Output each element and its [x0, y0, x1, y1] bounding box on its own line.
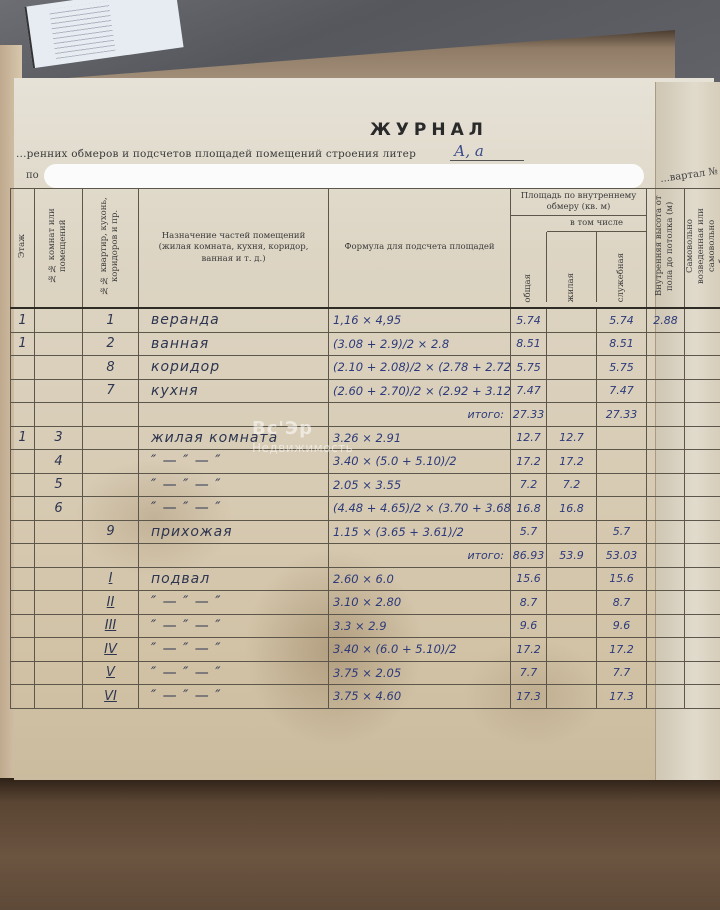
header-purpose: Назначение частей помещений (жилая комна… — [139, 189, 329, 309]
apt-cell — [83, 473, 139, 497]
apt-cell: III — [83, 614, 139, 638]
table-row: II″ — ″ — ″3.10 × 2.808.78.7 — [11, 591, 720, 615]
address-prefix: по — [26, 170, 39, 181]
table-row: 6″ — ″ — ″(4.48 + 4.65)/2 × (3.70 + 3.68… — [11, 497, 720, 521]
floor-cell — [11, 567, 35, 591]
area-living-cell: 7.2 — [547, 473, 597, 497]
height-cell — [647, 638, 685, 662]
height-cell — [647, 450, 685, 474]
area-living-cell — [547, 308, 597, 332]
area-living-cell — [547, 661, 597, 685]
height-cell — [647, 426, 685, 450]
area-service-cell: 8.7 — [597, 591, 647, 615]
floor-cell: 1 — [11, 308, 35, 332]
table-row: IV″ — ″ — ″3.40 × (6.0 + 5.10)/217.217.2 — [11, 638, 720, 662]
height-cell — [647, 591, 685, 615]
unauthorized-cell — [685, 685, 720, 709]
height-cell — [647, 332, 685, 356]
room-cell — [35, 661, 83, 685]
unauthorized-cell — [685, 473, 720, 497]
unauthorized-cell — [685, 544, 720, 568]
area-living-cell — [547, 567, 597, 591]
area-service-cell: 5.75 — [597, 356, 647, 380]
floor-cell — [11, 614, 35, 638]
height-cell — [647, 614, 685, 638]
height-cell — [647, 497, 685, 521]
height-cell — [647, 473, 685, 497]
room-cell — [35, 614, 83, 638]
area-service-cell: 7.7 — [597, 661, 647, 685]
floor-cell — [11, 661, 35, 685]
table-row: VI″ — ″ — ″3.75 × 4.6017.317.3 — [11, 685, 720, 709]
area-living-cell — [547, 332, 597, 356]
apt-cell: 8 — [83, 356, 139, 380]
table-row: итого:86.9353.953.03 — [11, 544, 720, 568]
area-total-cell: 86.93 — [511, 544, 547, 568]
area-living-cell — [547, 356, 597, 380]
unauthorized-cell — [685, 497, 720, 521]
floor-cell — [11, 379, 35, 403]
purpose-cell: кухня — [139, 379, 329, 403]
apt-cell: IV — [83, 638, 139, 662]
header-row: Этаж №№ комнат или помещений №№ квартир,… — [11, 189, 720, 309]
journal-table: Этаж №№ комнат или помещений №№ квартир,… — [10, 188, 720, 709]
unauthorized-cell — [685, 426, 720, 450]
area-total-cell: 7.7 — [511, 661, 547, 685]
table-row: 7кухня(2.60 + 2.70)/2 × (2.92 + 3.12)/27… — [11, 379, 720, 403]
floor-cell — [11, 403, 35, 427]
journal-table-wrap: Этаж №№ комнат или помещений №№ квартир,… — [10, 188, 720, 718]
formula-cell: 1,16 × 4,95 — [329, 308, 511, 332]
floor-cell — [11, 544, 35, 568]
area-service-cell: 5.74 — [597, 308, 647, 332]
document-title: ЖУРНАЛ — [370, 120, 488, 140]
area-service-cell: 7.47 — [597, 379, 647, 403]
height-cell — [647, 356, 685, 380]
book-cover-bottom — [0, 778, 720, 910]
area-service-cell — [597, 450, 647, 474]
watermark-text: Недвижимость — [252, 441, 353, 455]
area-total-cell: 5.74 — [511, 308, 547, 332]
area-service-cell: 17.3 — [597, 685, 647, 709]
area-total-cell: 17.2 — [511, 638, 547, 662]
height-cell — [647, 567, 685, 591]
area-total-cell: 16.8 — [511, 497, 547, 521]
formula-cell: 3.10 × 2.80 — [329, 591, 511, 615]
area-living-cell — [547, 685, 597, 709]
header-unauthorized: Самовольно возведенная или самовольно пе… — [685, 189, 720, 309]
table-row: 4″ — ″ — ″3.40 × (5.0 + 5.10)/217.217.2 — [11, 450, 720, 474]
purpose-cell: коридор — [139, 356, 329, 380]
unauthorized-cell — [685, 638, 720, 662]
purpose-cell: веранда — [139, 308, 329, 332]
area-living-cell — [547, 614, 597, 638]
floor-cell: 1 — [11, 332, 35, 356]
formula-cell: 1.15 × (3.65 + 3.61)/2 — [329, 520, 511, 544]
table-row: 13жилая комната3.26 × 2.9112.712.7 — [11, 426, 720, 450]
unauthorized-cell — [685, 450, 720, 474]
formula-cell: итого: — [329, 403, 511, 427]
room-cell — [35, 379, 83, 403]
formula-cell: 3.75 × 2.05 — [329, 661, 511, 685]
area-living-cell — [547, 403, 597, 427]
purpose-cell: ″ — ″ — ″ — [139, 661, 329, 685]
floor-cell — [11, 685, 35, 709]
purpose-cell: ванная — [139, 332, 329, 356]
room-cell — [35, 567, 83, 591]
area-total-cell: 9.6 — [511, 614, 547, 638]
room-cell — [35, 520, 83, 544]
area-total-cell: 12.7 — [511, 426, 547, 450]
table-row: 8коридор(2.10 + 2.08)/2 × (2.78 + 2.72)/… — [11, 356, 720, 380]
area-total-cell: 5.7 — [511, 520, 547, 544]
table-row: Iподвал2.60 × 6.015.615.6 — [11, 567, 720, 591]
formula-cell: (2.60 + 2.70)/2 × (2.92 + 3.12)/2 — [329, 379, 511, 403]
area-service-cell: 27.33 — [597, 403, 647, 427]
table-row: 5″ — ″ — ″2.05 × 3.557.27.2 — [11, 473, 720, 497]
area-living-cell — [547, 638, 597, 662]
area-service-cell — [597, 473, 647, 497]
purpose-cell: ″ — ″ — ″ — [139, 685, 329, 709]
area-living-cell — [547, 379, 597, 403]
area-service-cell — [597, 426, 647, 450]
unauthorized-cell — [685, 403, 720, 427]
room-cell — [35, 308, 83, 332]
floor-cell — [11, 356, 35, 380]
address-redaction — [44, 164, 644, 188]
height-cell — [647, 544, 685, 568]
area-living-cell: 53.9 — [547, 544, 597, 568]
header-area-service: служебная — [616, 253, 627, 302]
formula-cell: 3.40 × (6.0 + 5.10)/2 — [329, 638, 511, 662]
watermark-logo: Вс'Эр — [252, 418, 353, 439]
area-total-cell: 7.2 — [511, 473, 547, 497]
area-living-cell — [547, 591, 597, 615]
area-service-cell: 53.03 — [597, 544, 647, 568]
unauthorized-cell — [685, 379, 720, 403]
purpose-cell — [139, 544, 329, 568]
apt-cell: I — [83, 567, 139, 591]
apt-cell: 1 — [83, 308, 139, 332]
apt-cell: V — [83, 661, 139, 685]
formula-cell: 3.40 × (5.0 + 5.10)/2 — [329, 450, 511, 474]
formula-cell: 3.3 × 2.9 — [329, 614, 511, 638]
purpose-cell: прихожая — [139, 520, 329, 544]
apt-cell: II — [83, 591, 139, 615]
floor-cell — [11, 591, 35, 615]
area-service-cell: 17.2 — [597, 638, 647, 662]
table-row: 12ванная(3.08 + 2.9)/2 × 2.88.518.51 — [11, 332, 720, 356]
floor-cell — [11, 450, 35, 474]
area-living-cell: 16.8 — [547, 497, 597, 521]
formula-cell: 2.05 × 3.55 — [329, 473, 511, 497]
formula-cell: (4.48 + 4.65)/2 × (3.70 + 3.68)/2 — [329, 497, 511, 521]
apt-cell — [83, 403, 139, 427]
room-cell: 3 — [35, 426, 83, 450]
table-row: III″ — ″ — ″3.3 × 2.99.69.6 — [11, 614, 720, 638]
room-cell — [35, 332, 83, 356]
unauthorized-cell — [685, 661, 720, 685]
formula-cell: 2.60 × 6.0 — [329, 567, 511, 591]
floor-cell — [11, 497, 35, 521]
formula-cell: (2.10 + 2.08)/2 × (2.78 + 2.72)/2 — [329, 356, 511, 380]
area-total-cell: 27.33 — [511, 403, 547, 427]
formula-cell: итого: — [329, 544, 511, 568]
header-height: Внутренняя высота от пола до потолка (м) — [647, 189, 685, 309]
room-cell — [35, 638, 83, 662]
room-cell — [35, 544, 83, 568]
area-total-cell: 7.47 — [511, 379, 547, 403]
apt-cell: 9 — [83, 520, 139, 544]
area-living-cell: 17.2 — [547, 450, 597, 474]
height-cell — [647, 379, 685, 403]
formula-cell: 3.26 × 2.91 — [329, 426, 511, 450]
purpose-cell: ″ — ″ — ″ — [139, 497, 329, 521]
area-total-cell: 5.75 — [511, 356, 547, 380]
room-cell — [35, 356, 83, 380]
floor-cell — [11, 520, 35, 544]
unauthorized-cell — [685, 520, 720, 544]
height-cell — [647, 661, 685, 685]
room-cell: 5 — [35, 473, 83, 497]
area-total-cell: 17.2 — [511, 450, 547, 474]
area-total-cell: 15.6 — [511, 567, 547, 591]
table-row: 9прихожая1.15 × (3.65 + 3.61)/25.75.7 — [11, 520, 720, 544]
area-service-cell: 5.7 — [597, 520, 647, 544]
unauthorized-cell — [685, 332, 720, 356]
purpose-cell: ″ — ″ — ″ — [139, 614, 329, 638]
header-area-total: общая — [523, 274, 534, 303]
apt-cell — [83, 450, 139, 474]
unauthorized-cell — [685, 614, 720, 638]
formula-cell: 3.75 × 4.60 — [329, 685, 511, 709]
purpose-cell: ″ — ″ — ″ — [139, 473, 329, 497]
table-row: V″ — ″ — ″3.75 × 2.057.77.7 — [11, 661, 720, 685]
unauthorized-cell — [685, 591, 720, 615]
area-total-cell: 8.51 — [511, 332, 547, 356]
floor-cell — [11, 638, 35, 662]
height-cell — [647, 520, 685, 544]
header-area-group: Площадь по внутреннему обмеру (кв. м) в … — [511, 189, 647, 309]
unauthorized-cell — [685, 567, 720, 591]
height-cell — [647, 403, 685, 427]
area-service-cell: 15.6 — [597, 567, 647, 591]
area-living-cell — [547, 520, 597, 544]
area-service-cell: 9.6 — [597, 614, 647, 638]
height-cell: 2.88 — [647, 308, 685, 332]
room-cell — [35, 403, 83, 427]
room-cell: 6 — [35, 497, 83, 521]
floor-cell — [11, 473, 35, 497]
apt-cell — [83, 544, 139, 568]
room-cell — [35, 591, 83, 615]
apt-cell: VI — [83, 685, 139, 709]
unauthorized-cell — [685, 356, 720, 380]
purpose-cell: подвал — [139, 567, 329, 591]
apt-cell: 2 — [83, 332, 139, 356]
document-subtitle: ...ренних обмеров и подсчетов площадей п… — [16, 148, 416, 160]
apt-cell — [83, 497, 139, 521]
table-row: 11веранда1,16 × 4,955.745.742.88 — [11, 308, 720, 332]
table-row: итого:27.3327.33 — [11, 403, 720, 427]
formula-cell: (3.08 + 2.9)/2 × 2.8 — [329, 332, 511, 356]
header-apt-no: №№ квартир, кухонь, коридоров и пр. — [83, 189, 139, 309]
height-cell — [647, 685, 685, 709]
area-total-cell: 8.7 — [511, 591, 547, 615]
area-total-cell: 17.3 — [511, 685, 547, 709]
header-floor: Этаж — [11, 189, 35, 309]
header-area-living: жилая — [566, 273, 577, 302]
room-cell: 4 — [35, 450, 83, 474]
unauthorized-cell — [685, 308, 720, 332]
apt-cell: 7 — [83, 379, 139, 403]
floor-cell: 1 — [11, 426, 35, 450]
apt-cell — [83, 426, 139, 450]
room-cell — [35, 685, 83, 709]
watermark: Вс'Эр Недвижимость — [252, 418, 353, 455]
area-living-cell: 12.7 — [547, 426, 597, 450]
area-service-cell: 8.51 — [597, 332, 647, 356]
liter-value: А, а — [450, 142, 524, 161]
purpose-cell: ″ — ″ — ″ — [139, 638, 329, 662]
area-service-cell — [597, 497, 647, 521]
purpose-cell: ″ — ″ — ″ — [139, 591, 329, 615]
header-formula: Формула для подсчета площадей — [329, 189, 511, 309]
header-room-no: №№ комнат или помещений — [35, 189, 83, 309]
